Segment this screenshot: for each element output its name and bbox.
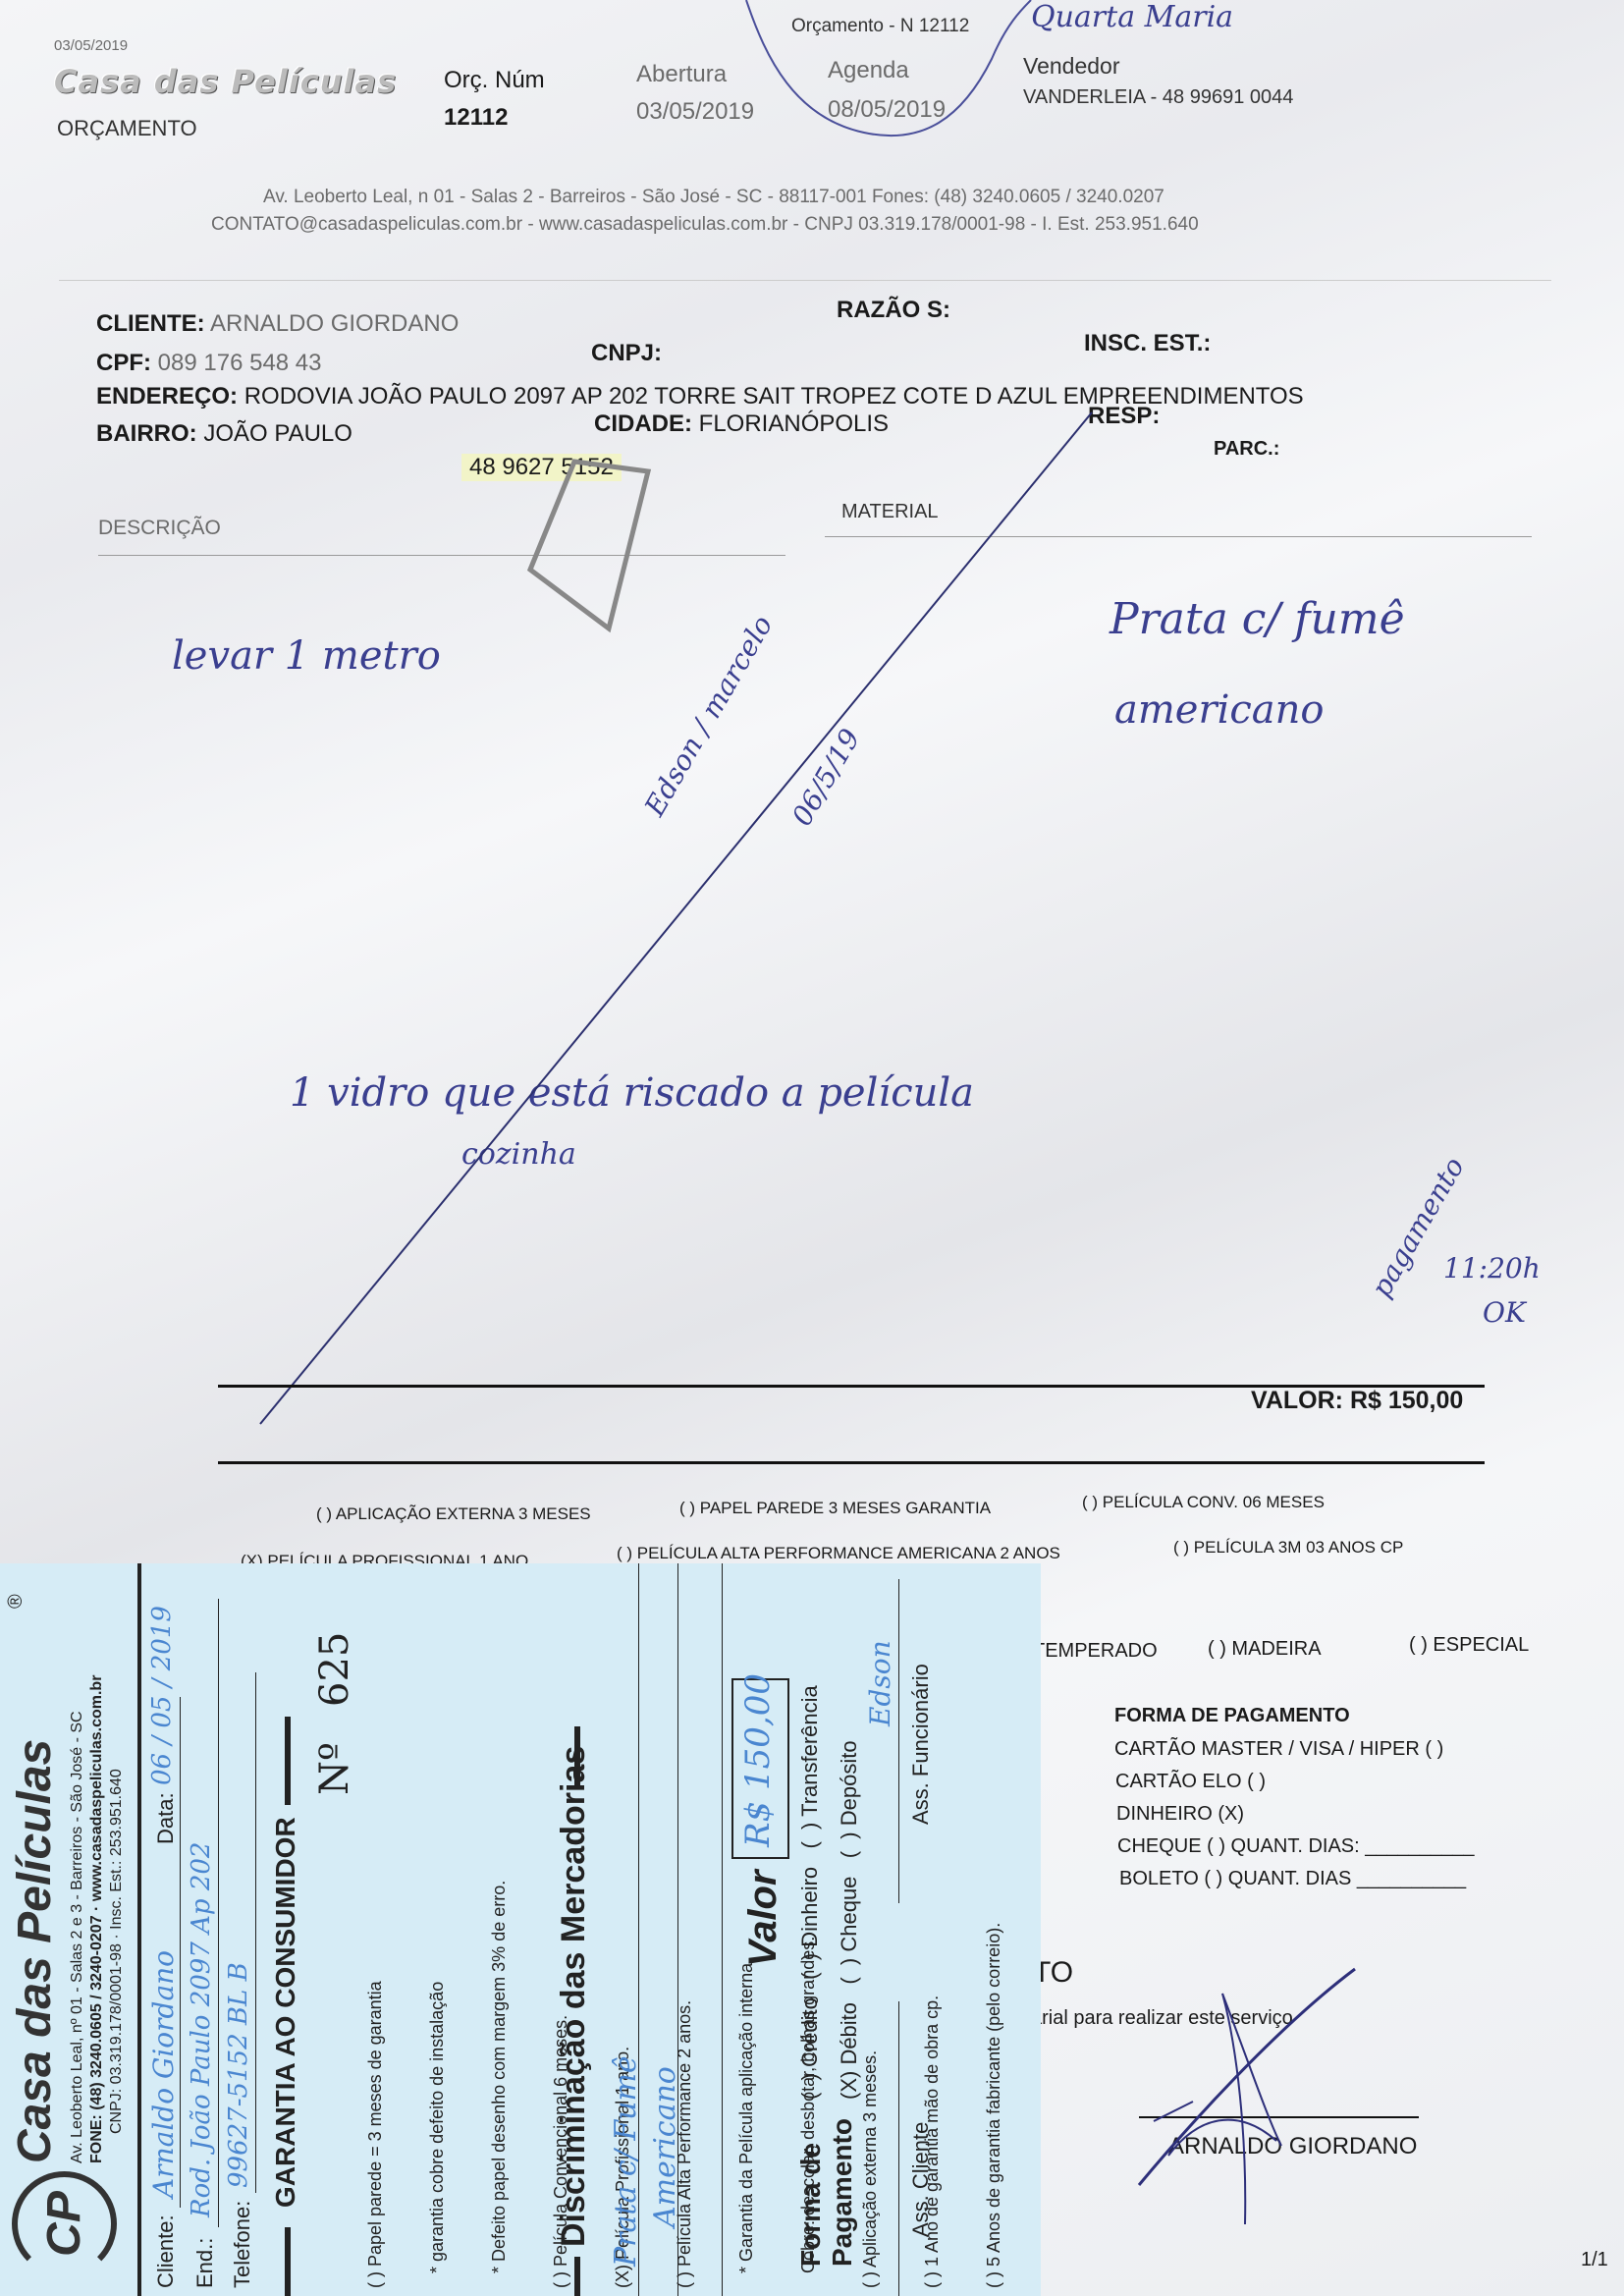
payment-title: FORMA DE PAGAMENTO <box>1114 1705 1350 1727</box>
forma-label-1: Forma de <box>795 2143 827 2267</box>
receipt-payment-row[interactable]: ( ) Crédito ( ) Dinheiro ( ) Transferênc… <box>797 1685 823 2100</box>
warranty-option[interactable]: ( ) PELÍCULA ALTA PERFORMANCE AMERICANA … <box>617 1544 1060 1563</box>
receipt-payment-row[interactable]: (X) Débito ( ) Cheque ( ) Depósito <box>837 1740 862 2100</box>
ass-funcionario: Ass. Funcionário <box>908 1664 934 1825</box>
receipt-end-label: End.: <box>192 2238 218 2288</box>
payment-option[interactable]: CARTÃO ELO ( ) <box>1115 1771 1266 1793</box>
warranty-option[interactable]: ( ) PAPEL PAREDE 3 MESES GARANTIA <box>679 1499 991 1518</box>
forma-label-2: Pagamento <box>827 2118 858 2267</box>
signature-icon <box>1129 1949 1424 2264</box>
registered-mark: ® <box>5 1594 27 1609</box>
glass-option[interactable]: ( ) MADEIRA <box>1208 1638 1322 1661</box>
receipt-end-value: Rod. João Paulo 2097 Ap 202 <box>187 1842 216 2217</box>
receipt-telefone-label: Telefone: <box>230 2201 255 2288</box>
ass-cliente: Ass. Cliente <box>908 2122 934 2237</box>
receipt-brand: Casa das Películas <box>8 1739 62 2163</box>
receipt-valor-value: R$ 150,00 <box>738 1673 778 1847</box>
receipt-valor-label: Valor <box>741 1870 785 1967</box>
cp-logo-icon: CP <box>12 2171 117 2276</box>
garantia-line: ( ) Aplicação externa 3 meses. <box>860 1881 881 2288</box>
warranty-option[interactable]: ( ) APLICAÇÃO EXTERNA 3 MESES <box>316 1504 591 1524</box>
receipt-telefone-value: 99627-5152 BL B <box>224 1962 253 2188</box>
warranty-option[interactable]: ( ) PELÍCULA 3M 03 ANOS CP <box>1173 1538 1403 1558</box>
receipt-hand-signature: Edson <box>864 1640 896 1726</box>
receipt-data-value: 06 / 05 / 2019 <box>147 1606 177 1785</box>
garantia-line: ( ) Papel parede = 3 meses de garantia <box>365 1881 386 2288</box>
payment-option[interactable]: BOLETO ( ) QUANT. DIAS __________ <box>1119 1868 1466 1890</box>
mercadorias-hand-1: Prata c/ Fumê <box>609 2055 643 2267</box>
receipt-address: Av. Leoberto Leal, nº 01 - Salas 2 e 3 -… <box>69 1711 86 2163</box>
payment-option[interactable]: DINHEIRO (X) <box>1116 1803 1244 1826</box>
glass-option[interactable]: ( ) ESPECIAL <box>1409 1634 1529 1657</box>
garantia-line: * Defeito papel desenho com margem 3% de… <box>489 1881 510 2288</box>
valor-total: VALOR: R$ 150,00 <box>1251 1387 1463 1415</box>
mercadorias-hand-2: Americano <box>648 2066 682 2227</box>
strike-line-icon <box>0 0 1624 1473</box>
mercadorias-title: Discriminação das Mercadorias <box>555 1746 593 2247</box>
garantia-line: ( ) 5 Anos de garantia fabricante (pelo … <box>984 1881 1004 2288</box>
glass-option[interactable]: TEMPERADO <box>1033 1640 1158 1663</box>
garantia-title: GARANTIA AO CONSUMIDOR <box>270 1817 301 2208</box>
warranty-option[interactable]: ( ) PELÍCULA CONV. 06 MESES <box>1082 1493 1325 1512</box>
receipt-cliente-value: Arnaldo Giordano <box>147 1950 180 2198</box>
receipt-data-label: Data: <box>153 1792 179 1844</box>
page-number: 1/1 <box>1581 2249 1608 2271</box>
garantia-line: * garantia cobre defeito de instalação <box>427 1881 448 2288</box>
receipt-cnpj: CNPJ: 03.319.178/0001-98 · Insc. Est.: 2… <box>108 1769 126 2134</box>
receipt-valor-box: R$ 150,00 <box>731 1678 789 1859</box>
payment-option[interactable]: CHEQUE ( ) QUANT. DIAS: __________ <box>1117 1835 1474 1858</box>
receipt-number-label: Nº <box>312 1742 357 1795</box>
garantia-list: ( ) Papel parede = 3 meses de garantia *… <box>324 1881 1046 2288</box>
receipt-cliente-label: Cliente: <box>153 2214 179 2288</box>
consumer-warranty-receipt: CP Casa das Películas ® Av. Leoberto Lea… <box>0 1563 1041 2296</box>
receipt-phone: FONE: (48) 3240.0605 / 3240-0207 · www.c… <box>88 1675 106 2163</box>
payment-option[interactable]: CARTÃO MASTER / VISA / HIPER ( ) <box>1114 1738 1443 1761</box>
receipt-number: 625 <box>312 1632 357 1707</box>
